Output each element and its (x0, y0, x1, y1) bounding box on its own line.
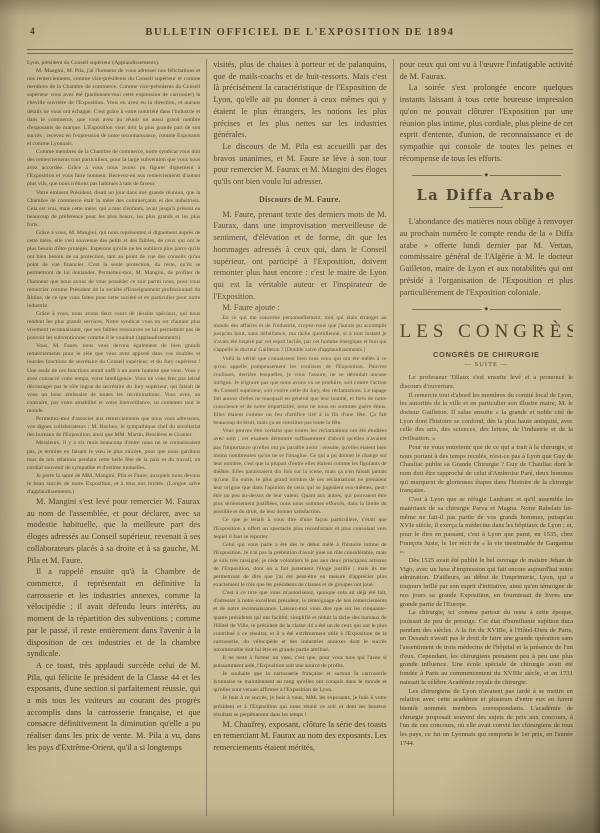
paragraph: M. Mangini, M. Pila, j'ai l'honneur de v… (27, 67, 200, 148)
divider-line (490, 309, 561, 310)
divider-line (490, 175, 561, 176)
section-title: LES CONGRÈS (400, 321, 573, 343)
article-subtitle: CONGRÈS DE CHIRURGIE (400, 350, 573, 359)
header-rule (27, 49, 573, 54)
short-rule (469, 207, 503, 208)
page-number: 4 (30, 27, 35, 37)
paragraph: visités, plus de chaises à porteur et de… (213, 59, 386, 141)
paragraph: Je bois à ce succès, je bois à vous, MM.… (213, 694, 386, 718)
paragraph: Lyon, président du Conseil supérieur (Ap… (27, 59, 200, 67)
paragraph: Je porte la santé de MM. Mangini, Pila e… (27, 472, 200, 496)
paragraph: Les chirurgiens de Lyon n'avaient pas ta… (400, 688, 573, 749)
section-divider: ◆ (412, 307, 561, 312)
paragraph: Ce que je tenais à vous dire d'une façon… (213, 516, 386, 540)
paragraph: A ce toast, très applaudi succède celui … (27, 660, 200, 754)
paragraph: La soirée s'est prolongée encore quelque… (400, 82, 573, 164)
divider-line (412, 175, 483, 176)
paragraph: La chirurgie, ici comme partout du reste… (400, 609, 573, 687)
paragraph: Le professeur Tillaux s'est ensuite levé… (400, 374, 573, 391)
paragraph: Il a rappelé ensuite qu'à la Chambre de … (27, 566, 200, 660)
paragraph: Messieurs, il y a six mois beaucoup d'en… (27, 439, 200, 471)
section-divider: ◆ (412, 173, 561, 178)
paragraph: Je souhaite que la carrosserie française… (213, 670, 386, 694)
page-header: 4 BULLETIN OFFICIEL DE L'EXPOSITION DE 1… (0, 0, 600, 44)
column-rule-1 (206, 59, 207, 816)
paragraph: L'abondance des matières nous oblige à r… (400, 216, 573, 298)
column-2: visités, plus de chaises à porteur et de… (213, 59, 386, 816)
paragraph: Pour ne vous entretenir que de ce qui a … (400, 444, 573, 496)
paragraph: Le discours de M. Pila est accueilli par… (213, 141, 386, 188)
paragraph: Il remercie tout d'abord les membres du … (400, 392, 573, 444)
paragraph: Permettez-moi d'associer aux remerciemen… (27, 415, 200, 439)
paragraph: Grâce à vous, M. Mangini, qui nous repré… (27, 229, 200, 310)
paragraph: M. Chaufrey, exposant, clôture la série … (213, 719, 386, 754)
article-title: La Diffa Arabe (400, 187, 573, 204)
paragraph: M. Mangini s'est levé pour remercier M. … (27, 496, 200, 566)
continuation-marker: — SUITE — (400, 361, 573, 368)
paragraph: Voilà la vérité que connaissent bien tou… (213, 355, 386, 428)
columns-container: Lyon, président du Conseil supérieur (Ap… (0, 54, 600, 816)
paragraph: En ce qui me concerne personnellement, m… (213, 314, 386, 354)
diamond-icon: ◆ (482, 173, 490, 178)
paragraph: Comme membres de la Chambre de commerce,… (27, 148, 200, 188)
paragraph: Votre éminent Président, disait un jour … (27, 189, 200, 229)
column-rule-2 (393, 59, 394, 816)
paragraph: M. Faure, prenant texte des derniers mot… (213, 209, 386, 303)
article-subheading: Discours de M. Faure. (213, 195, 386, 204)
paragraph: Dès 1525 avait été publié le bel ouvrage… (400, 557, 573, 609)
paragraph: pour ceux qui ont vu à l'œuvre l'infatig… (400, 59, 573, 82)
masthead-title: BULLETIN OFFICIEL DE L'EXPOSITION DE 189… (0, 0, 600, 38)
paragraph: Celui qui vous parle a été dès le début … (213, 541, 386, 590)
paragraph: M. Faure ajoute : (213, 302, 386, 314)
newspaper-page: 4 BULLETIN OFFICIEL DE L'EXPOSITION DE 1… (0, 0, 600, 833)
paragraph: C'est à ce titre que vous m'autoriserez,… (213, 589, 386, 654)
paragraph: C'est à Lyon que se réfugie Lanfranc et … (400, 496, 573, 557)
column-1: Lyon, président du Conseil supérieur (Ap… (27, 59, 200, 816)
paragraph: Grâce à vous, nous avons deux cours de d… (27, 310, 200, 342)
divider-line (412, 309, 483, 310)
paragraph: Vous, M. Faure, nous vous devons égaleme… (27, 342, 200, 415)
diamond-icon: ◆ (482, 307, 490, 312)
column-3: pour ceux qui ont vu à l'œuvre l'infatig… (400, 59, 573, 816)
paragraph: Il ne reste à former un vœu, c'est que, … (213, 654, 386, 670)
paragraph: Vous pouvez être certains que toutes les… (213, 427, 386, 516)
